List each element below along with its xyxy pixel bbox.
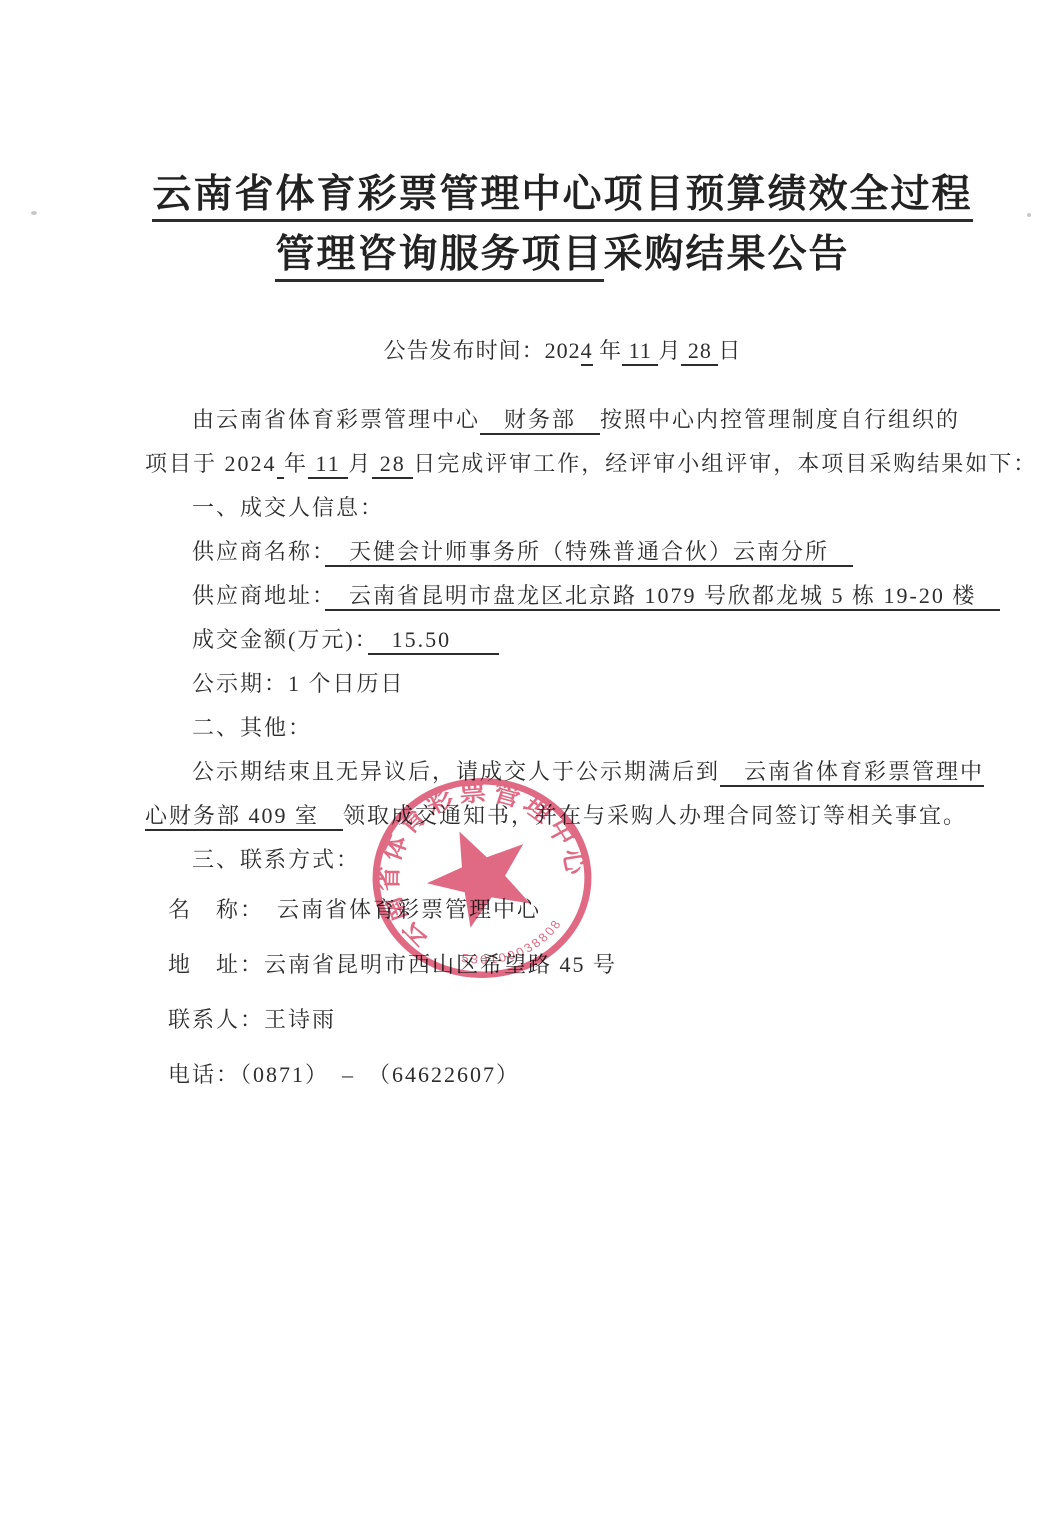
text-segment: 联系人：: [168, 1007, 264, 1032]
text-segment: –: [318, 1062, 379, 1087]
underlined-text: 11: [308, 451, 348, 479]
scan-artifact-dot: [31, 211, 37, 215]
title-line-2: 管理咨询服务项目采购结果公告: [145, 225, 980, 285]
section-2-heading: 二、其他：: [145, 706, 980, 750]
document-page: 云南省体育彩票管理中心项目预算绩效全过程管理咨询服务项目采购结果公告公告发布时间…: [145, 0, 980, 1102]
body-line-1: 由云南省体育彩票管理中心 财务部 按照中心内控管理制度自行组织的: [145, 398, 980, 442]
publicity-period-line: 公示期：1 个日历日: [145, 662, 980, 706]
underlined-text: 15.50: [368, 627, 500, 655]
notice-line-1: 公示期结束且无异议后，请成交人于公示期满后到 云南省体育彩票管理中: [145, 750, 980, 794]
text-segment: （0871）: [240, 1062, 318, 1087]
title-line-1: 云南省体育彩票管理中心项目预算绩效全过程: [145, 165, 980, 225]
text-segment: 电话：: [168, 1062, 240, 1087]
publish-date-line: 公告发布时间：2024 年 11 月 28 日: [145, 330, 980, 372]
text-segment: 一、成交人信息：: [192, 495, 384, 520]
underlined-text: 28: [681, 338, 718, 366]
text-segment: 年: [593, 338, 623, 363]
underlined-text: 云南省体育彩票管理中: [720, 759, 984, 787]
text-segment: 云南省昆明市西山区希望路 45 号: [264, 952, 617, 977]
text-segment: 公告发布时间：202: [384, 338, 581, 363]
text-segment: 成交金额(万元)：: [192, 627, 368, 652]
underlined-text: 心财务部 409 室: [145, 803, 343, 831]
underlined-text: 管理咨询服务项目: [275, 233, 603, 282]
text-segment: 年: [284, 451, 308, 476]
underlined-text: 云南省体育彩票管理中心项目预算绩效全过程: [152, 173, 972, 222]
text-segment: 公示期结束且无异议后，请成交人于公示期满后到: [192, 759, 720, 784]
text-segment: 云南省体育彩票管理中心: [277, 897, 541, 922]
deal-amount-line: 成交金额(万元)： 15.50: [145, 618, 980, 662]
underlined-text: 天健会计师事务所（特殊普通合伙）云南分所: [325, 539, 853, 567]
text-segment: 由云南省体育彩票管理中心: [192, 407, 480, 432]
supplier-address-line: 供应商地址： 云南省昆明市盘龙区北京路 1079 号欣都龙城 5 栋 19-20…: [145, 574, 980, 618]
text-segment: 供应商名称：: [192, 539, 325, 564]
text-segment: 名 称：: [168, 897, 277, 922]
body-line-2: 项目于 2024 年 11 月 28 日完成评审工作，经评审小组评审，本项目采购…: [145, 442, 980, 486]
underlined-text: 11: [622, 338, 658, 366]
text-segment: 采购结果公告: [604, 233, 850, 276]
contact-address-line: 地 址：云南省昆明市西山区希望路 45 号: [145, 937, 980, 992]
text-segment: 王诗雨: [264, 1007, 336, 1032]
text-segment: 项目于 2024: [145, 451, 277, 476]
section-1-heading: 一、成交人信息：: [145, 486, 980, 530]
document-lines: 云南省体育彩票管理中心项目预算绩效全过程管理咨询服务项目采购结果公告公告发布时间…: [145, 165, 980, 1102]
text-segment: 供应商地址：: [192, 583, 325, 608]
contact-name-line: 名 称： 云南省体育彩票管理中心: [145, 882, 980, 937]
text-segment: 日完成评审工作，经评审小组评审，本项目采购结果如下：: [413, 451, 1037, 476]
text-segment: 三、联系方式：: [192, 847, 360, 872]
text-segment: 二、其他：: [192, 715, 312, 740]
underlined-text: 云南省昆明市盘龙区北京路 1079 号欣都龙城 5 栋 19-20 楼: [325, 583, 1000, 611]
scan-artifact-dot: [1027, 213, 1031, 217]
text-segment: 按照中心内控管理制度自行组织的: [600, 407, 960, 432]
underlined-text: [277, 451, 285, 479]
contact-phone-line: 电话：（0871） – （64622607）: [145, 1047, 980, 1102]
text-segment: 公示期：1 个日历日: [192, 671, 405, 696]
text-segment: 月: [658, 338, 681, 363]
text-segment: 月: [348, 451, 372, 476]
supplier-name-line: 供应商名称： 天健会计师事务所（特殊普通合伙）云南分所: [145, 530, 980, 574]
underlined-text: 28: [372, 451, 413, 479]
text-segment: （64622607）: [379, 1062, 520, 1087]
text-segment: 日: [718, 338, 741, 363]
contact-person-line: 联系人：王诗雨: [145, 992, 980, 1047]
text-segment: 领取成交通知书，并在与采购人办理合同签订等相关事宜。: [343, 803, 967, 828]
underlined-text: 4: [581, 338, 593, 366]
section-3-heading: 三、联系方式：: [145, 838, 980, 882]
notice-line-2: 心财务部 409 室 领取成交通知书，并在与采购人办理合同签订等相关事宜。: [145, 794, 980, 838]
text-segment: 地 址：: [168, 952, 264, 977]
underlined-text: 财务部: [480, 407, 600, 435]
